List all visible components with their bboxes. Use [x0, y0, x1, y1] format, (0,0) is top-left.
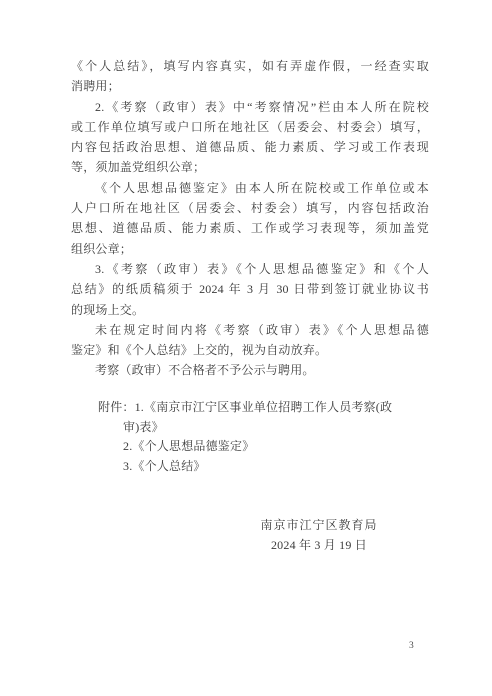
body-line: 考察（政审）不合格者不予公示与聘用。	[71, 360, 429, 380]
attachment-item: 3.《个人总结》	[98, 457, 438, 477]
body-line: 思想、道德品质、能力素质、工作或学习表现等，须加盖党	[71, 218, 429, 238]
body-line: 的现场上交。	[71, 300, 429, 320]
body-line: 内容包括政治思想、道德品质、能力素质、学习或工作表现	[71, 137, 429, 157]
page-number: 3	[409, 641, 414, 651]
attachments-label: 附件：	[98, 400, 135, 414]
body-line: 组织公章；	[71, 239, 429, 259]
body-line: 3.《考察（政审）表》《个人思想品德鉴定》和《个人	[71, 259, 429, 279]
body-line: 2.《考察（政审）表》中“考察情况”栏由本人所在院校	[71, 97, 429, 117]
attachment-item: 1.《南京市江宁区事业单位招聘工作人员考察(政	[135, 400, 393, 414]
attachment-line-1: 附件：1.《南京市江宁区事业单位招聘工作人员考察(政	[98, 398, 438, 418]
signature-date: 2024 年 3 月 19 日	[252, 535, 386, 555]
signature-issuer: 南京市江宁区教育局	[252, 515, 386, 535]
body-line: 人户口所在地社区（居委会、村委会）填写，内容包括政治	[71, 198, 429, 218]
attachment-item: 2.《个人思想品德鉴定》	[98, 437, 438, 457]
body-line: 《个人总结》，填写内容真实，如有弄虚作假，一经查实取	[71, 56, 429, 76]
signature-block: 南京市江宁区教育局 2024 年 3 月 19 日	[252, 515, 386, 556]
attachment-item: 审)表》	[98, 418, 438, 438]
attachment-continuation: 审)表》2.《个人思想品德鉴定》3.《个人总结》	[98, 418, 438, 477]
body-line: 或工作单位填写或户口所在地社区（居委会、村委会）填写，	[71, 117, 429, 137]
document-body: 《个人总结》，填写内容真实，如有弄虚作假，一经查实取消聘用；2.《考察（政审）表…	[71, 56, 429, 381]
body-line: 《个人思想品德鉴定》由本人所在院校或工作单位或本	[71, 178, 429, 198]
body-line: 等，须加盖党组织公章；	[71, 157, 429, 177]
body-line: 消聘用；	[71, 76, 429, 96]
attachments-block: 附件：1.《南京市江宁区事业单位招聘工作人员考察(政 审)表》2.《个人思想品德…	[98, 398, 438, 477]
body-line: 鉴定》和《个人总结》上交的，视为自动放弃。	[71, 340, 429, 360]
body-line: 未在规定时间内将《考察（政审）表》《个人思想品德	[71, 320, 429, 340]
document-page: 《个人总结》，填写内容真实，如有弄虚作假，一经查实取消聘用；2.《考察（政审）表…	[0, 0, 492, 696]
body-line: 总结》的纸质稿须于 2024 年 3 月 30 日带到签订就业协议书	[71, 279, 429, 299]
